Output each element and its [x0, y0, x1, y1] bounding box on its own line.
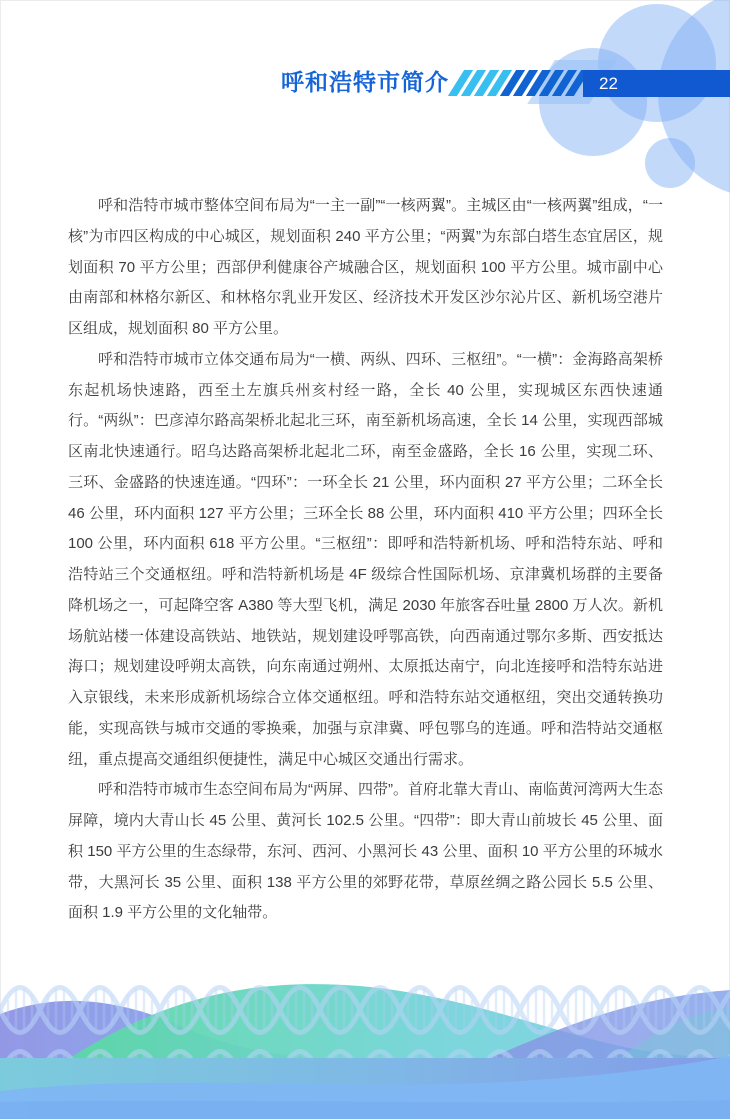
- bottom-deep-wave: [0, 1100, 730, 1119]
- chevron-stripes-decoration: [456, 70, 582, 96]
- paragraph-transport-layout: 呼和浩特市城市立体交通布局为“一横、两纵、四环、三枢纽”。“一横”：金海路高架桥…: [68, 345, 663, 776]
- page-title: 呼和浩特市简介: [281, 64, 449, 97]
- page-header: 呼和浩特市简介 22: [0, 0, 730, 200]
- page-number: 22: [599, 74, 618, 94]
- document-page: 呼和浩特市简介 22 呼和浩特市城市整体空间布局为“一主一副”“一核两翼”。主城…: [0, 0, 730, 1119]
- dna-band: [0, 982, 730, 1058]
- circle-decoration: [645, 138, 695, 188]
- page-body-text: 呼和浩特市城市整体空间布局为“一主一副”“一核两翼”。主城区由“一核两翼”组成，…: [68, 191, 663, 929]
- paragraph-spatial-layout: 呼和浩特市城市整体空间布局为“一主一副”“一核两翼”。主城区由“一核两翼”组成，…: [68, 191, 663, 345]
- paragraph-ecology-layout: 呼和浩特市城市生态空间布局为“两屏、四带”。首府北靠大青山、南临黄河湾两大生态屏…: [68, 775, 663, 929]
- page-number-bar: 22: [583, 70, 730, 97]
- wave-decoration: [0, 978, 730, 1119]
